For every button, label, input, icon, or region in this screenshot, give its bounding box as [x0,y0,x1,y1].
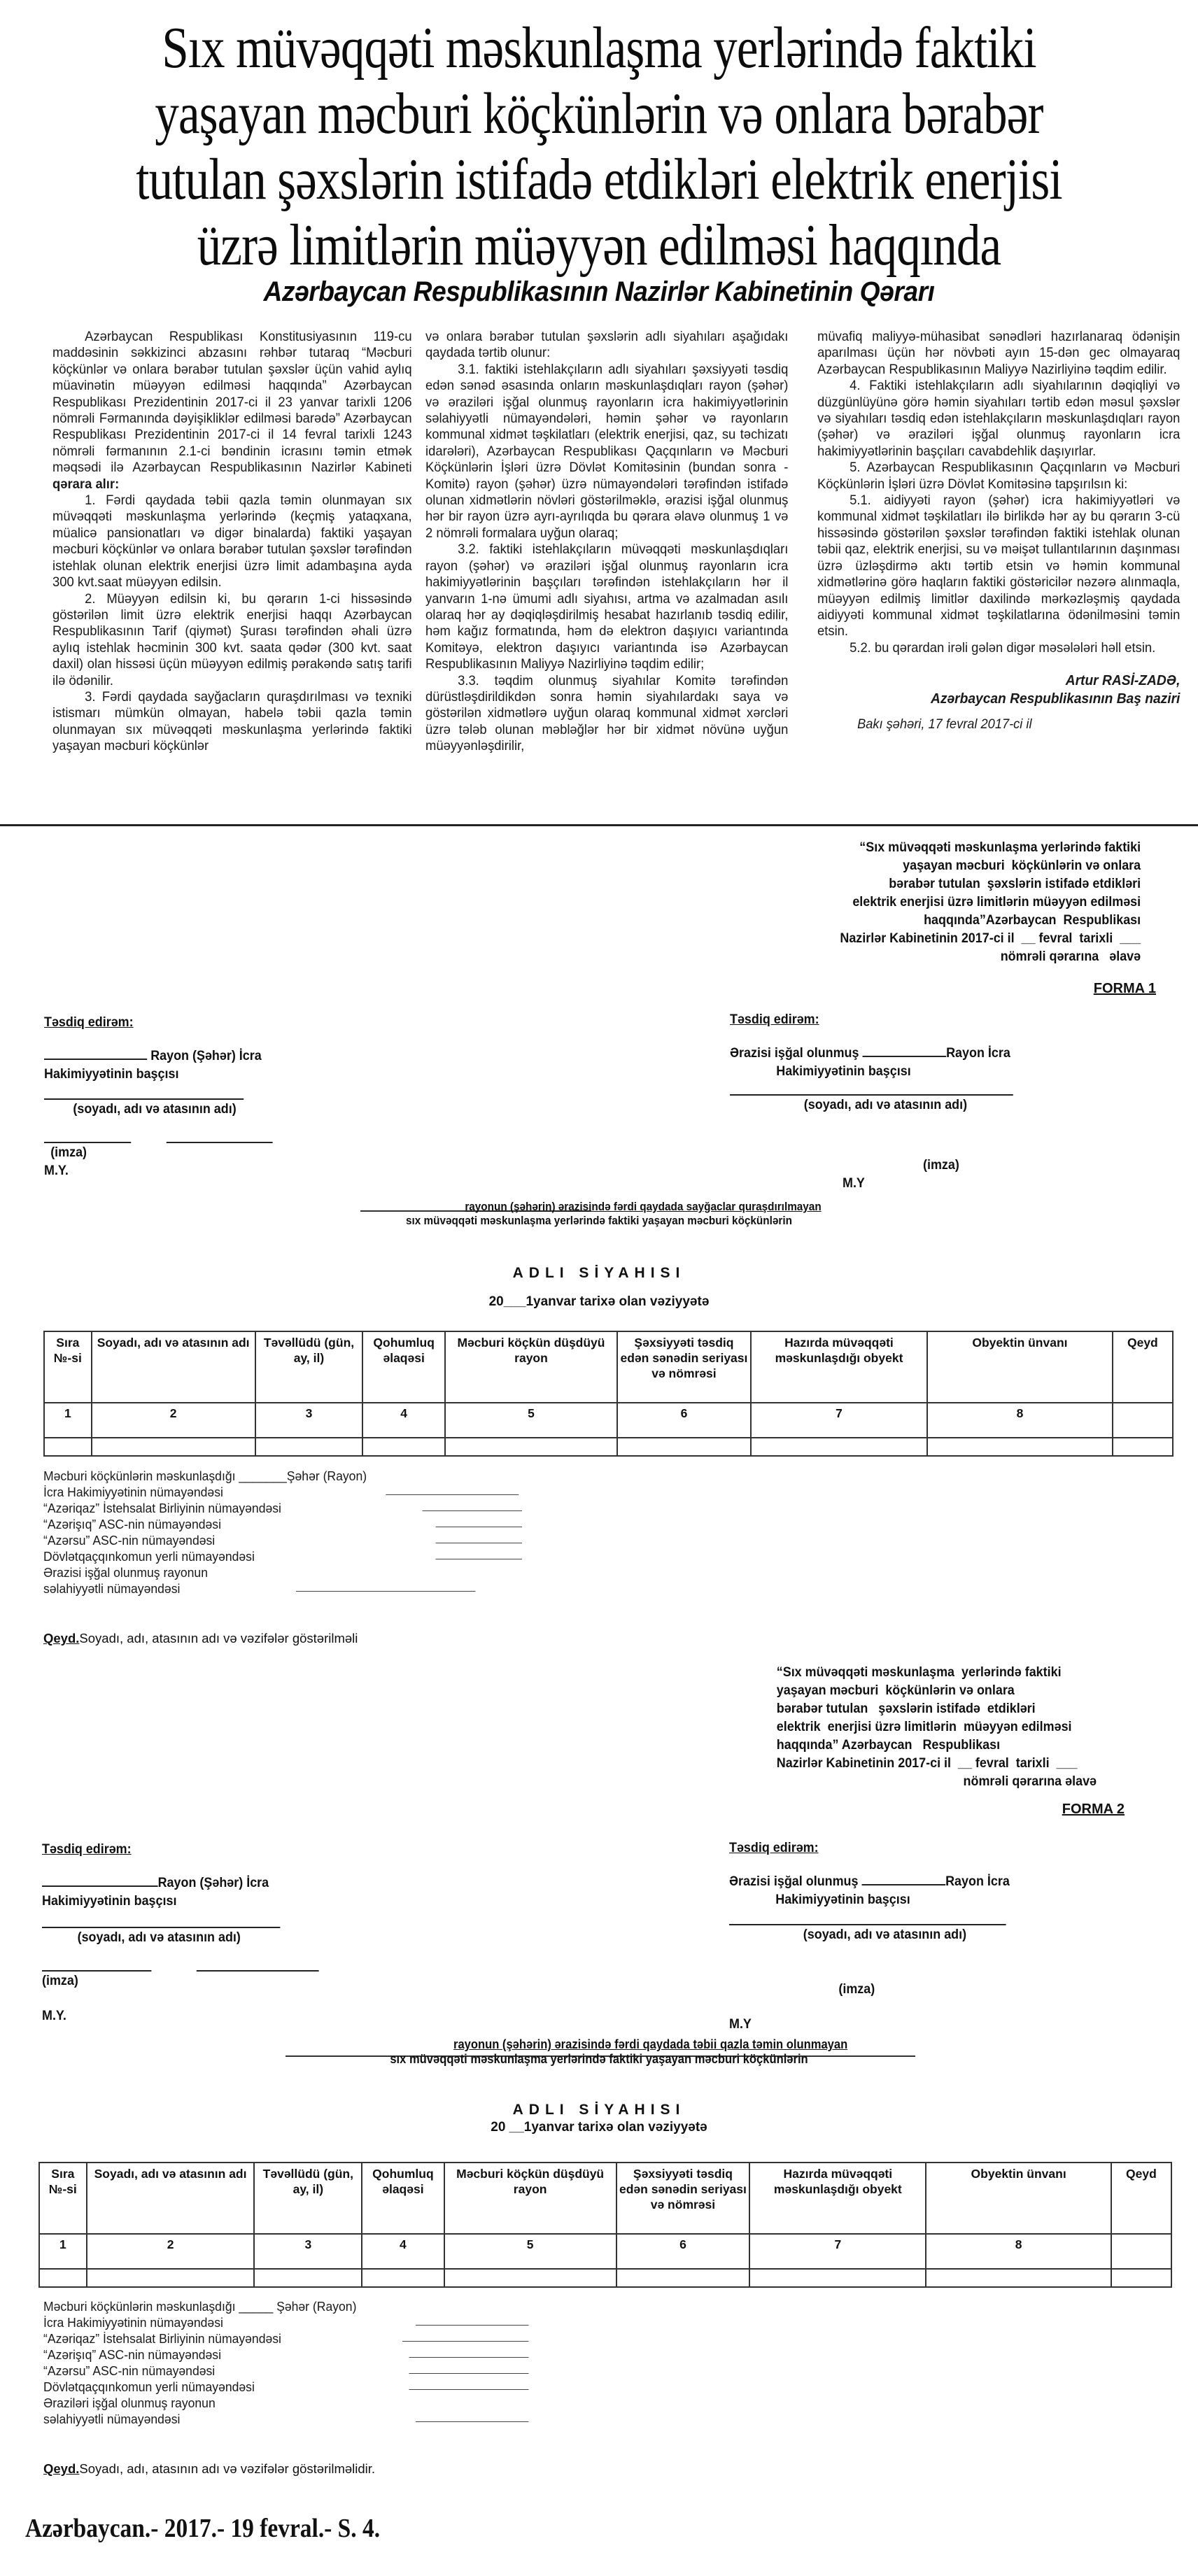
headline: Sıx müvəqqəti məskunlaşma yerlərində fak… [108,15,1090,278]
form-label-2: FORMA 2 [1062,1802,1125,1818]
signature-place-date: Bakı şəhəri, 17 fevral 2017-ci il [826,716,1181,733]
form-subtitle-1: rayonun (şəhərin) ərazisində fərdi qayda… [60,1200,1139,1228]
headline-line: Sıx müvəqqəti məskunlaşma yerlərində fak… [108,15,1090,81]
form-note-1: Qeyd.Soyadı, adı, atasının adı və vəzifə… [43,1631,358,1646]
representatives-list-2: Məcburi köçkünlərin məskunlaşdığı _____ … [43,2298,356,2427]
decree-subtitle: Azərbaycan Respublikasının Nazirlər Kabi… [42,276,1156,308]
paragraph: 4. Faktiki istehlakçıların adlı siyahıla… [817,378,1180,460]
body-column-2: və onlara bərabər tutulan şəxslərin adlı… [425,329,788,755]
list-date-1: 20___1yanvar tarixə olan vəziyyətə [0,1294,1198,1310]
source-citation: Azərbaycan.- 2017.- 19 fevral.- S. 4. [25,2513,380,2544]
approval-block-left-2: Təsdiq edirəm: Rayon (Şəhər) İcra Hakimi… [42,1840,319,2025]
paragraph: 2. Müəyyən edilsin ki, bu qərarın 1-ci h… [52,591,412,689]
table-header-row: Sıra №-si Soyadı, adı və atasının adı Tə… [39,2163,1171,2234]
paragraph: müvafiq maliyyə-mühasibat sənədləri hazı… [817,329,1180,378]
paragraph: 5.2. bu qərardan irəli gələn digər məsəl… [817,640,1180,656]
paragraph: 1. Fərdi qaydada təbii qazla təmin olunm… [52,493,412,590]
headline-line: yaşayan məcburi köçkünlərin və onlara bə… [108,81,1090,147]
paragraph: 5.1. aidiyyəti rayon (şəhər) icra hakimi… [817,493,1180,640]
section-divider [0,824,1198,826]
body-column-1: Azərbaycan Respublikası Konstitusiyasını… [52,329,412,755]
paragraph: və onlara bərabər tutulan şəxslərin adlı… [425,329,788,362]
table-row-empty [39,2269,1171,2287]
appendix-note-1: “Sıx müvəqqəti məskunlaşma yerlərində fa… [840,838,1141,965]
body-column-3: müvafiq maliyyə-mühasibat sənədləri hazı… [817,329,1180,733]
form-label-1: FORMA 1 [1094,981,1156,997]
form-subtitle-2: rayonun (şəhərin) ərazisində fərdi qayda… [48,2037,1150,2067]
paragraph: 3.2. faktiki istehlakçıların müvəqqəti m… [425,542,788,672]
table-row: 123 456 78 [39,2234,1171,2269]
list-title-2: ADLI SİYAHISI [0,2102,1198,2118]
headline-line: tutulan şəxslərin istifadə etdikləri ele… [108,147,1090,213]
representatives-list-1: Məcburi köçkünlərin məskunlaşdığı ______… [43,1468,367,1597]
list-table-1: Sıra №-si Soyadı, adı və atasının adı Tə… [43,1331,1174,1457]
paragraph: 3. Fərdi qaydada sayğacların quraşdırılm… [52,689,412,755]
approval-block-right-1: Təsdiq edirəm: Ərazisi işğal olunmuş Ray… [730,1010,1013,1192]
headline-line: üzrə limitlərin müəyyən edilməsi haqqınd… [108,213,1090,278]
paragraph: 3.3. təqdim olunmuş siyahılar Komitə tər… [425,673,788,755]
approval-block-right-2: Təsdiq edirəm: Ərazisi işğal olunmuş Ray… [729,1839,1010,2033]
approval-block-left-1: Təsdiq edirəm: Rayon (Şəhər) İcra Hakimi… [44,1013,273,1180]
appendix-note-2: “Sıx müvəqqəti məskunlaşma yerlərində fa… [777,1663,1097,1790]
decision-phrase: qərara alır: [52,477,119,492]
form-note-2: Qeyd.Soyadı, adı, atasının adı və vəzifə… [43,2461,375,2477]
list-table-2: Sıra №-si Soyadı, adı və atasının adı Tə… [38,2162,1172,2288]
list-date-2: 20 __1yanvar tarixə olan vəziyyətə [0,2120,1198,2135]
table-row-empty [44,1438,1173,1456]
list-title-1: ADLI SİYAHISI [0,1265,1198,1282]
table-header-row: Sıra №-si Soyadı, adı və atasının adı Tə… [44,1331,1173,1403]
paragraph: Azərbaycan Respublikası Konstitusiyasını… [52,329,412,493]
paragraph: 3.1. faktiki istehlakçıların adlı siyahı… [425,362,788,542]
paragraph: 5. Azərbaycan Respublikasının Qaçqınları… [817,460,1180,493]
table-row: 123 456 78 [44,1403,1173,1438]
signature: Artur RASİ-ZADƏ,Azərbaycan Respublikasın… [817,672,1180,708]
